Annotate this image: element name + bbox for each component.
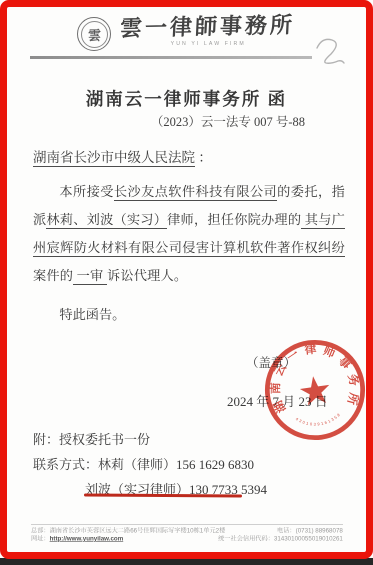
scanned-letter-page: 雲 雲一律師事務所 YUN YI LAW FIRM 湖南云一律师事务所 函 （2… (0, 0, 373, 565)
closing-line: 特此函告。 (33, 304, 125, 323)
body-underlined-segment: 一审 (73, 268, 107, 285)
addressee-line: 湖南省长沙市中级人民法院 ： (33, 146, 212, 166)
body-text-segment: 本所接受 (59, 184, 113, 199)
footer-address: 总部：湖南省长沙市芙蓉区远大二路66号佳辉国际写字楼10栋1单元2楼 (31, 527, 225, 535)
firm-name-block: 雲一律師事務所 YUN YI LAW FIRM (120, 14, 295, 52)
firm-name-calligraphy: 雲一律師事務所 (120, 12, 296, 42)
footer-credit-code: 统一社会信用代码：31430100055019010261 (218, 535, 343, 543)
document-title: 湖南云一律师事务所 函 (0, 86, 373, 111)
letterhead-divider (30, 56, 312, 59)
seal-registration-code: 4301039161358 (294, 410, 342, 429)
body-paragraph: 本所接受长沙友点软件科技有限公司的委托，指派林莉、刘波（实习）律师，担任你院办理… (33, 178, 345, 290)
svg-text:4301039161358: 4301039161358 (294, 410, 342, 429)
body-text-segment: 案件的 (33, 268, 73, 283)
handwritten-page-mark (314, 36, 350, 75)
official-red-seal: 湖南云一律师事务所 4301039161358 (256, 331, 373, 448)
firm-logo-glyph: 雲 (81, 21, 108, 48)
seal-star-icon (298, 374, 331, 406)
footer-website-label: 网址： (31, 535, 50, 543)
body-text-segment: 律师，担任你院办理的 (167, 212, 301, 227)
letter-footer: 总部：湖南省长沙市芙蓉区远大二路66号佳辉国际写字楼10栋1单元2楼 电话：(0… (31, 524, 343, 553)
footer-website-url: http://www.yunyilaw.com (50, 535, 124, 543)
firm-name-english: YUN YI LAW FIRM (170, 41, 245, 47)
attachment-line: 附：授权委托书一份 (33, 429, 150, 448)
body-text-segment: 诉讼代理人。 (107, 268, 187, 283)
footer-phone: 电话：(0731) 88968078 (277, 527, 343, 535)
addressee-name: 湖南省长沙市中级人民法院 (33, 150, 195, 167)
addressee-colon: ： (198, 150, 212, 165)
firm-logo-icon: 雲 (77, 17, 111, 51)
body-underlined-segment: 长沙友点软件科技有限公司 (114, 184, 277, 201)
bottom-edge-shadow (0, 558, 373, 565)
reference-number: （2023）云一法专 007 号-88 (0, 112, 305, 130)
body-underlined-segment: 林莉、刘波（实习） (46, 212, 167, 229)
contact-line-1: 联系方式：林莉（律师）156 1629 6830 (33, 454, 254, 473)
